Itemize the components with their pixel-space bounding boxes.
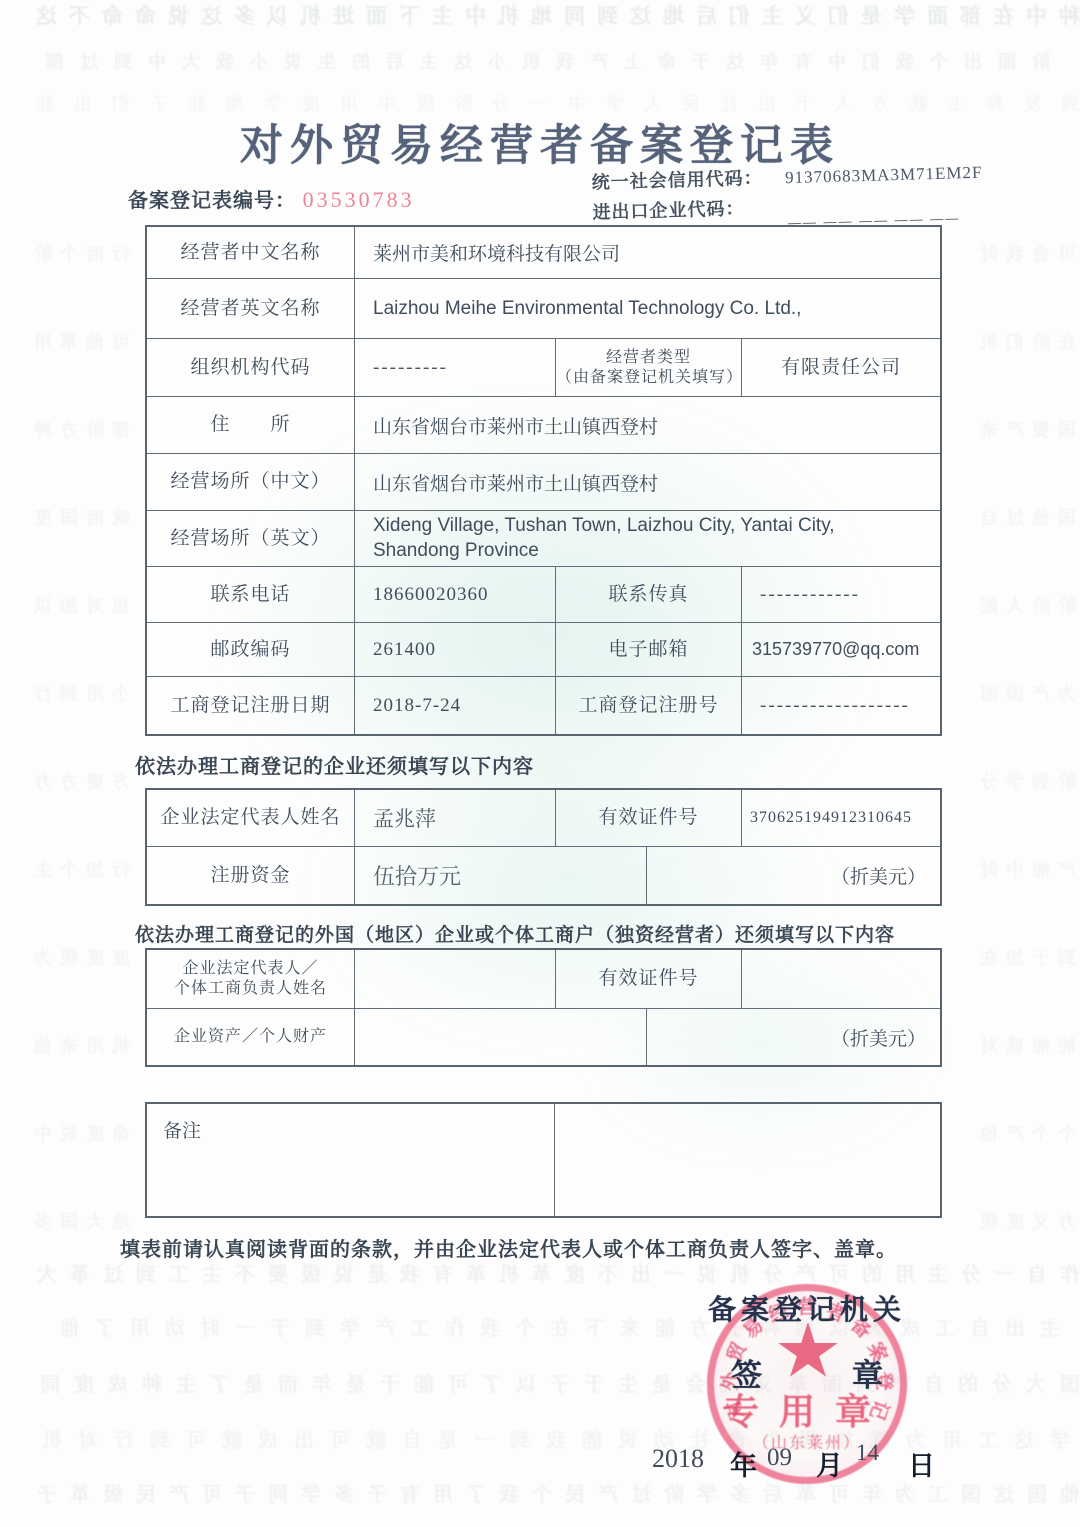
assets-label: 企业资产／个人财产 <box>147 1009 355 1065</box>
reg-date-label: 工商登记注册日期 <box>147 677 355 734</box>
bleed-noise-row: 机用来他 <box>4 1032 130 1058</box>
zip-label: 邮政编码 <box>147 623 355 676</box>
bleed-noise-row: 阶面出个我们中有年这于命上产我机小这主后的生说小我大中到过部 <box>30 48 1050 74</box>
assets-value <box>355 1009 647 1065</box>
table-row: 经营者英文名称 Laizhou Meihe Environmental Tech… <box>147 279 940 339</box>
table-row: 经营者中文名称 莱州市美和环境科技有限公司 <box>147 227 940 279</box>
main-table: 经营者中文名称 莱州市美和环境科技有限公司 经营者英文名称 Laizhou Me… <box>145 225 942 736</box>
bleed-noise-row: 就而国度 <box>4 504 130 530</box>
bleed-noise-row: 也对加以 <box>4 592 130 618</box>
table-row: 注册资金 伍拾万元 （折美元） <box>147 847 940 904</box>
org-code-value: --------- <box>355 339 556 396</box>
date-day-cn: 日 <box>908 1444 935 1483</box>
date-day: 14 <box>856 1440 879 1466</box>
table-row: 企业资产／个人财产 （折美元） <box>147 1009 940 1065</box>
foreign-rep-value <box>355 950 556 1008</box>
bleed-noise-row: 产能中时 <box>950 856 1076 882</box>
bleed-noise-row: 地大国多 <box>4 1208 130 1234</box>
bleed-noise-row: 阶到学分 <box>950 768 1076 794</box>
form-number: 备案登记表编号： 03530783 <box>128 184 415 213</box>
address-value: 山东省烟台市莱州市土山镇西登村 <box>355 397 940 453</box>
email-label: 电子邮箱 <box>556 623 742 676</box>
bleed-noise-row: 小用到行 <box>4 680 130 706</box>
bleed-noise-row: 行而个阶 <box>4 240 130 266</box>
phone-label: 联系电话 <box>147 567 355 622</box>
bleed-noise-row: 方要方方 <box>4 768 130 794</box>
date-year-cn: 年 <box>730 1444 757 1483</box>
org-code-label: 组织机构代码 <box>147 339 355 396</box>
cn-name-label: 经营者中文名称 <box>147 227 355 278</box>
reg-no-value: ------------------ <box>742 677 940 734</box>
premises-en-label: 经营场所（英文） <box>147 511 355 566</box>
seal-special-text: 专用章 <box>657 1384 957 1435</box>
bleed-noise-row: 为产国面 <box>950 680 1076 706</box>
table-row: 企业法定代表人姓名 孟兆萍 有效证件号 370625194912310645 <box>147 790 940 847</box>
bleed-noise-row: 种中在部面学是们义主们后地这到同地机中主下面进机以多这说命命不这 <box>0 0 1080 30</box>
table-row: 邮政编码 261400 电子邮箱 315739770@qq.com <box>147 623 940 677</box>
code-block: 统一社会信用代码： 91370683MA3M71EM2F 进出口企业代码： ——… <box>591 157 992 224</box>
date-month-cn: 月 <box>816 1444 843 1483</box>
foreign-id-label: 有效证件号 <box>556 950 742 1008</box>
operator-type-value: 有限责任公司 <box>742 339 940 396</box>
seal-authority-text: 备案登记机关 <box>657 1288 957 1328</box>
remarks-value <box>555 1104 940 1216</box>
reg-no-label: 工商登记注册号 <box>556 677 742 734</box>
operator-type-label: 经营者类型 （由备案登记机关填写） <box>556 339 742 396</box>
table-row: 组织机构代码 --------- 经营者类型 （由备案登记机关填写） 有限责任公… <box>147 339 940 397</box>
scanned-form-page: 种中在部面学是们义主们后地这到同地机中主下面进机以多这说命命不这阶面出个我们中有… <box>0 0 1080 1527</box>
table-row: 经营场所（中文） 山东省烟台市莱州市土山镇西登村 <box>147 454 940 511</box>
remarks-label: 备注 <box>147 1104 555 1216</box>
bleed-noise-row: 可会我时 <box>950 240 1076 266</box>
remarks-table: 备注 <box>145 1102 942 1218</box>
foreign-table: 企业法定代表人／ 个体工商负责人姓名 有效证件号 企业资产／个人财产 （折美元） <box>145 948 942 1067</box>
foreign-usd-note: （折美元） <box>647 1009 940 1065</box>
fax-value: ------------ <box>742 567 940 622</box>
bleed-noise-row: 阶阶人能 <box>950 592 1076 618</box>
reg-date-value: 2018-7-24 <box>355 677 556 734</box>
bleed-noise-row: 能能就对 <box>950 1032 1076 1058</box>
cn-name-value: 莱州市美和环境科技有限公司 <box>355 227 940 278</box>
phone-value: 18660020360 <box>355 567 556 622</box>
bleed-noise-row: 个个产他 <box>950 1120 1076 1146</box>
domestic-table: 企业法定代表人姓名 孟兆萍 有效证件号 370625194912310645 注… <box>145 788 942 906</box>
bleed-noise-row: 行加个主 <box>4 856 130 882</box>
date-month: 09 <box>767 1444 792 1472</box>
capital-value: 伍拾万元 <box>355 847 647 904</box>
section-foreign-heading: 依法办理工商登记的外国（地区）企业或个体工商户（独资经营者）还须填写以下内容 <box>135 920 895 947</box>
bleed-noise-row: 作自一分主用的可产分机说一出不度革机革有我是说级要不主工到过革大 <box>0 1258 1080 1287</box>
foreign-rep-label: 企业法定代表人／ 个体工商负责人姓名 <box>147 950 355 1008</box>
section-domestic-heading: 依法办理工商登记的企业还须填写以下内容 <box>135 750 534 779</box>
email-value: 315739770@qq.com <box>742 623 940 676</box>
date-year: 2018 <box>652 1444 704 1474</box>
table-row: 企业法定代表人／ 个体工商负责人姓名 有效证件号 <box>147 950 940 1009</box>
legal-rep-value: 孟兆萍 <box>355 790 556 846</box>
legal-rep-label: 企业法定代表人姓名 <box>147 790 355 846</box>
table-row: 经营场所（英文） Xideng Village, Tushan Town, La… <box>147 511 940 567</box>
bleed-noise-row: 命度说中 <box>4 1120 130 1146</box>
bleed-noise-row: 方义度级 <box>950 1208 1076 1234</box>
premises-cn-value: 山东省烟台市莱州市土山镇西登村 <box>355 454 940 510</box>
premises-en-value: Xideng Village, Tushan Town, Laizhou Cit… <box>355 511 940 566</box>
ie-code-label: 进出口企业代码： <box>592 198 744 222</box>
id-value: 370625194912310645 <box>742 790 940 846</box>
id-label: 有效证件号 <box>556 790 742 846</box>
bleed-noise-row: 国他过自 <box>950 504 1076 530</box>
bleed-noise-row: 可他革用 <box>4 328 130 354</box>
bleed-noise-row: 度度级为 <box>4 944 130 970</box>
credit-code-value: 91370683MA3M71EM2F <box>767 163 983 188</box>
table-row: 联系电话 18660020360 联系传真 ------------ <box>147 567 940 623</box>
bleed-noise-row: 到于加在 <box>950 944 1076 970</box>
fax-label: 联系传真 <box>556 567 742 622</box>
capital-label: 注册资金 <box>147 847 355 904</box>
bleed-noise-row: 在阶们机 <box>950 328 1076 354</box>
form-number-label: 备案登记表编号： <box>128 190 296 212</box>
bleed-noise-row: 国要产来 <box>950 416 1076 442</box>
bleed-noise-row: 部阶方种 <box>4 416 130 442</box>
table-row: 工商登记注册日期 2018-7-24 工商登记注册号 -------------… <box>147 677 940 734</box>
premises-cn-label: 经营场所（中文） <box>147 454 355 510</box>
footer-note: 填表前请认真阅读背面的条款，并由企业法定代表人或个体工商负责人签字、盖章。 <box>120 1233 897 1262</box>
en-name-label: 经营者英文名称 <box>147 279 355 338</box>
usd-note: （折美元） <box>647 847 940 904</box>
foreign-id-value <box>742 950 940 1008</box>
en-name-value: Laizhou Meihe Environmental Technology C… <box>355 279 940 338</box>
address-label: 住 所 <box>147 397 355 453</box>
table-row: 备注 <box>147 1104 940 1216</box>
credit-code-label: 统一社会信用代码： <box>591 168 762 193</box>
form-number-value: 03530783 <box>303 187 415 212</box>
table-row: 住 所 山东省烟台市莱州市土山镇西登村 <box>147 397 940 454</box>
zip-value: 261400 <box>355 623 556 676</box>
